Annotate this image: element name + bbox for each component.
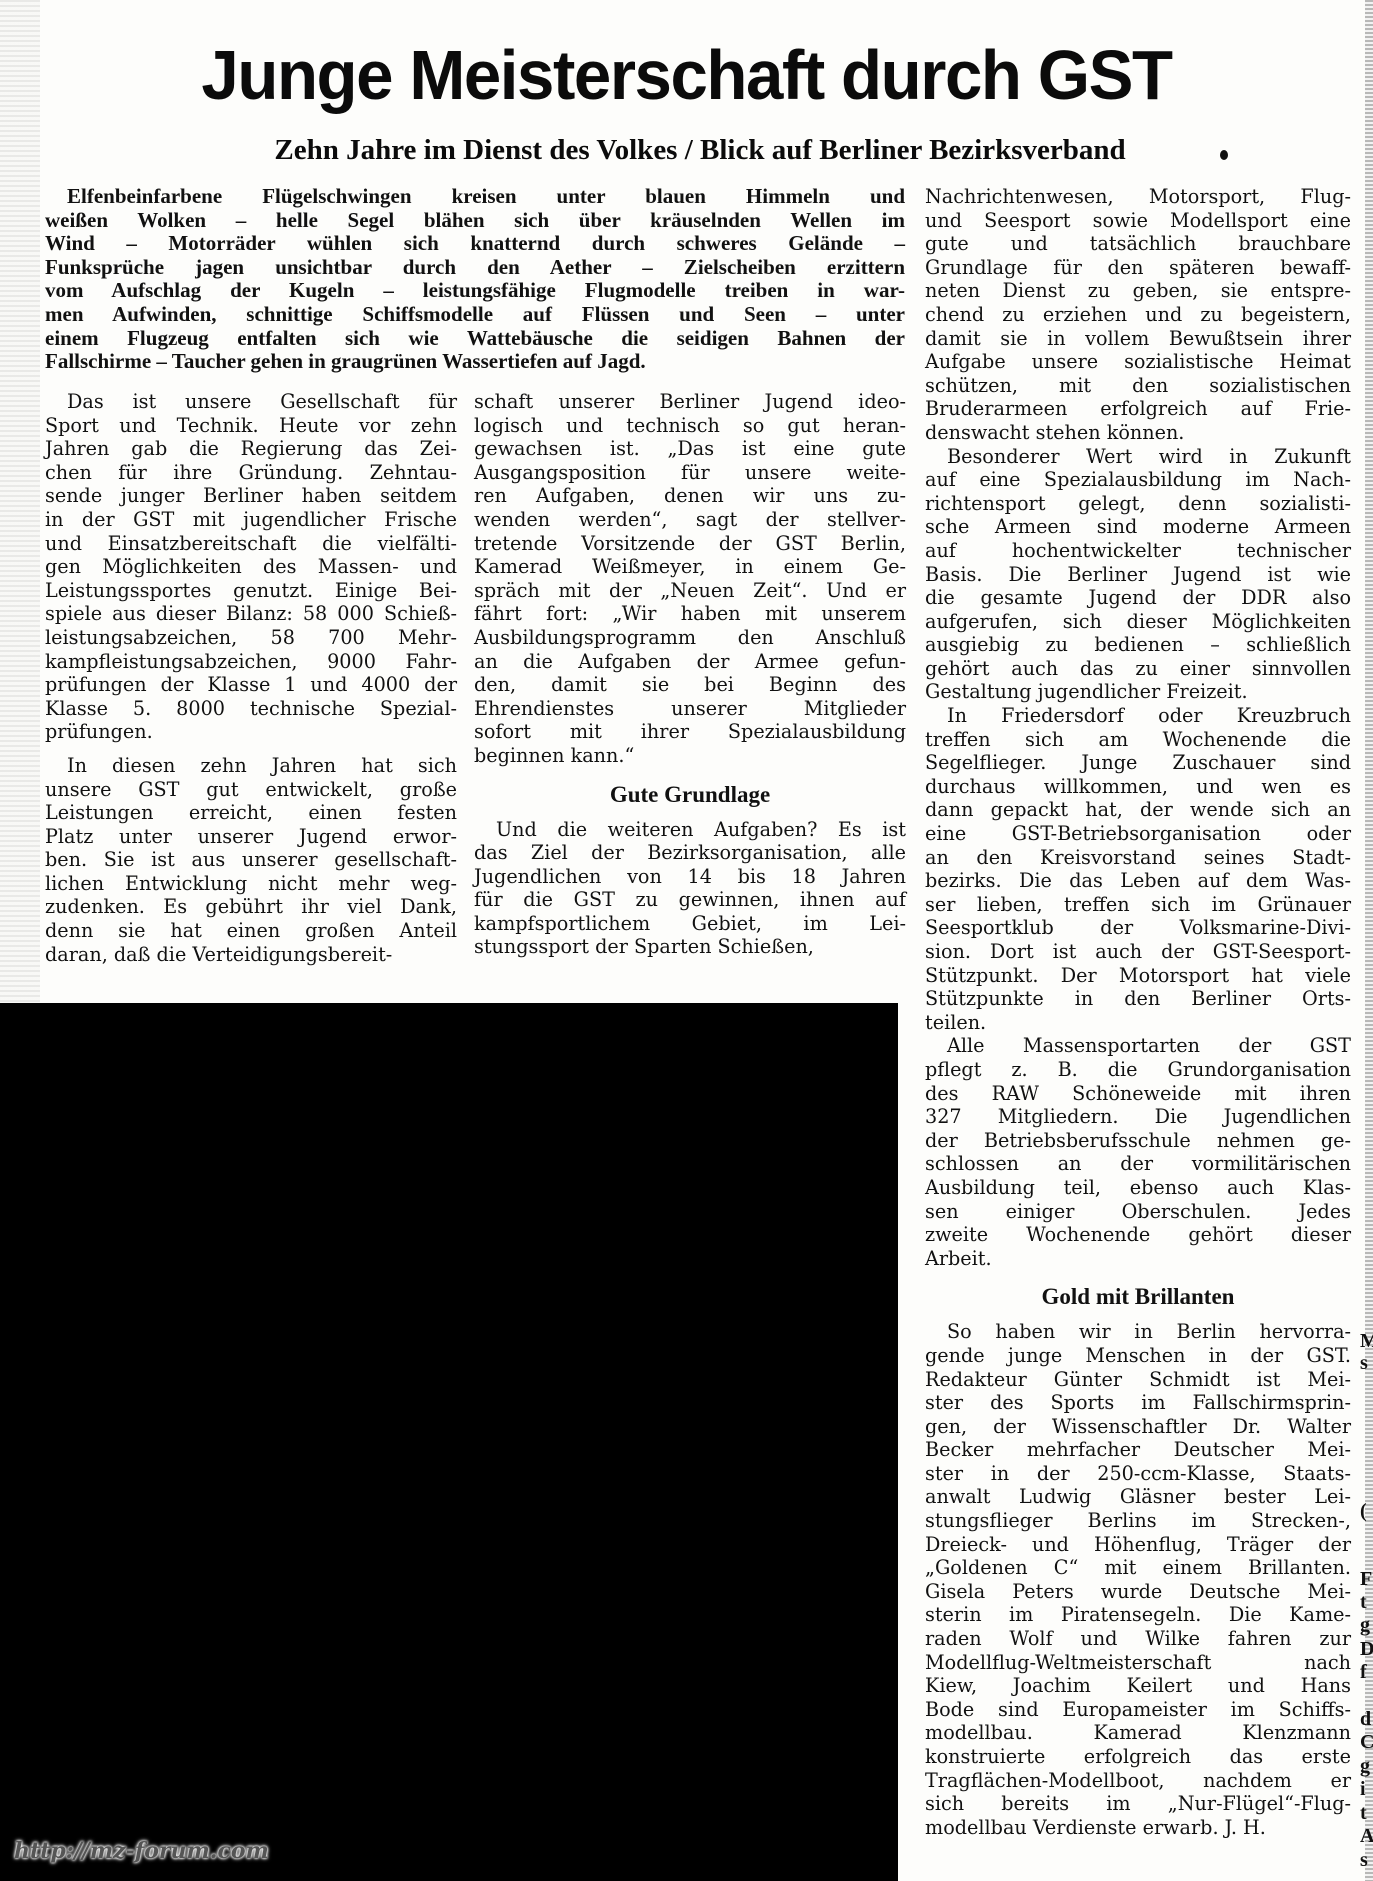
subheadline: Zehn Jahre im Dienst des Volkes / Blick …	[170, 130, 1230, 170]
text-line: chend zu erziehen und zu begeistern,	[925, 303, 1351, 327]
text-line: ser lieben, treffen sich im Grünauer	[925, 893, 1351, 917]
text-line: Elfenbeinfarbene Flügelschwingen kreisen…	[45, 185, 905, 209]
text-line: Redakteur Günter Schmidt ist Mei-	[925, 1368, 1351, 1392]
text-line: stungsflieger Berlins im Strecken-,	[925, 1509, 1351, 1533]
text-line: Leistungen erreicht, einen festen	[45, 801, 457, 825]
text-line: anwalt Ludwig Gläsner bester Lei-	[925, 1485, 1351, 1509]
text-line: prüfungen der Klasse 1 und 4000 der	[45, 673, 457, 697]
neighbor-text-fragment: F	[1360, 1568, 1372, 1591]
text-line: 327 Mitgliedern. Die Jugendlichen	[925, 1105, 1351, 1129]
text-line: Grundlage für den späteren bewaff-	[925, 256, 1351, 280]
text-line: Stützpunkt. Der Motorsport hat viele	[925, 964, 1351, 988]
text-line: spiele aus dieser Bilanz: 58 000 Schieß-	[45, 602, 457, 626]
text-line: ster in der 250-ccm-Klasse, Staats-	[925, 1462, 1351, 1486]
text-line: ben. Sie ist aus unserer gesellschaft-	[45, 848, 457, 872]
column-1: Das ist unsere Gesellschaft fürSport und…	[45, 390, 457, 966]
neighbor-text-fragment: D	[1360, 1638, 1373, 1661]
text-line: spräch mit der „Neuen Zeit“. Und er	[474, 579, 906, 603]
neighbor-text-fragment: t	[1360, 1591, 1367, 1614]
paragraph: In diesen zehn Jahren hat sichunsere GST…	[45, 754, 457, 966]
paragraph: schaft unserer Berliner Jugend ideo-logi…	[474, 390, 906, 768]
text-line: der Betriebsberufsschule nehmen ge-	[925, 1129, 1351, 1153]
text-line: Platz unter unserer Jugend erwor-	[45, 825, 457, 849]
text-line: gen Möglichkeiten des Massen- und	[45, 555, 457, 579]
headline: Junge Meisterschaft durch GST	[27, 30, 1345, 120]
text-line: lichen Entwicklung nicht mehr weg-	[45, 872, 457, 896]
text-line: Ausbildungsprogramm den Anschluß	[474, 626, 906, 650]
text-line: fährt fort: „Wir haben mit unserem	[474, 602, 906, 626]
text-line: sofort mit ihrer Spezialausbildung	[474, 720, 906, 744]
text-line: Alle Massensportarten der GST	[925, 1034, 1351, 1058]
neighbor-text-fragment: s	[1360, 1849, 1368, 1872]
text-line: modellbau Verdienste erwarb. J. H.	[925, 1816, 1351, 1840]
text-line: So haben wir in Berlin hervorra-	[925, 1320, 1351, 1344]
text-line: gute und tatsächlich brauchbare	[925, 232, 1351, 256]
text-line: sterin im Piratensegeln. Die Kame-	[925, 1603, 1351, 1627]
text-line: Dreieck- und Höhenflug, Träger der	[925, 1533, 1351, 1557]
neighbor-text-fragment: i	[1360, 1778, 1366, 1801]
text-line: richtensport gelegt, denn sozialisti-	[925, 492, 1351, 516]
text-line: „Goldenen C“ mit einem Brillanten.	[925, 1556, 1351, 1580]
text-line: sen einiger Oberschulen. Jedes	[925, 1200, 1351, 1224]
text-line: Stützpunkte in den Berliner Orts-	[925, 987, 1351, 1011]
neighbor-text-fragment: M	[1360, 1330, 1373, 1353]
text-line: Gestaltung jugendlicher Freizeit.	[925, 680, 1351, 704]
text-line: schützen, mit den sozialistischen	[925, 374, 1351, 398]
text-line: des RAW Schöneweide mit ihren	[925, 1082, 1351, 1106]
neighbor-text-fragment: A	[1360, 1825, 1373, 1848]
text-line: Ausgangsposition für unsere weite-	[474, 461, 906, 485]
column-2: schaft unserer Berliner Jugend ideo-logi…	[474, 390, 906, 959]
text-line: und Seesport sowie Modellsport eine	[925, 209, 1351, 233]
text-line: chen für ihre Gründung. Zehntau-	[45, 461, 457, 485]
text-line: sende junger Berliner haben seitdem	[45, 484, 457, 508]
text-line: Sport und Technik. Heute vor zehn	[45, 414, 457, 438]
text-line: Ehrendienstes unserer Mitglieder	[474, 697, 906, 721]
text-line: Kamerad Weißmeyer, in einem Ge-	[474, 555, 906, 579]
blacked-out-region	[0, 1003, 898, 1881]
text-line: an die Aufgaben der Armee gefun-	[474, 650, 906, 674]
paragraph: Nachrichtenwesen, Motorsport, Flug-und S…	[925, 185, 1351, 445]
text-line: gende junge Menschen in der GST.	[925, 1344, 1351, 1368]
text-line: zudenken. Es gebührt ihr viel Dank,	[45, 895, 457, 919]
text-line: Jugendlichen von 14 bis 18 Jahren	[474, 865, 906, 889]
text-line: gen, der Wissenschaftler Dr. Walter	[925, 1415, 1351, 1439]
paragraph: In Friedersdorf oder Kreuzbruchtreffen s…	[925, 704, 1351, 1034]
text-line: denswacht stehen können.	[925, 421, 1351, 445]
text-line: in der GST mit jugendlicher Frische	[45, 508, 457, 532]
text-line: ren Aufgaben, denen wir uns zu-	[474, 484, 906, 508]
text-line: Das ist unsere Gesellschaft für	[45, 390, 457, 414]
text-line: bezirks. Die das Leben auf dem Was-	[925, 869, 1351, 893]
text-line: Basis. Die Berliner Jugend ist wie	[925, 563, 1351, 587]
paragraph: Das ist unsere Gesellschaft fürSport und…	[45, 390, 457, 744]
text-line: eine GST-Betriebsorganisation oder	[925, 822, 1351, 846]
text-line: Jahren gab die Regierung das Zei-	[45, 437, 457, 461]
paragraph-gap	[45, 744, 457, 754]
paragraph: Und die weiteren Aufgaben? Es istdas Zie…	[474, 818, 906, 960]
paragraph: So haben wir in Berlin hervorra-gende ju…	[925, 1320, 1351, 1839]
text-line: unsere GST gut entwickelt, große	[45, 778, 457, 802]
neighbor-text-fragment: g	[1360, 1755, 1370, 1778]
text-line: men Aufwinden, schnittige Schiffsmodelle…	[45, 303, 905, 327]
paragraph: Alle Massensportarten der GSTpflegt z. B…	[925, 1034, 1351, 1270]
text-line: auf hochentwickelter technischer	[925, 539, 1351, 563]
text-line: gehört auch das zu einer sinnvollen	[925, 657, 1351, 681]
text-line: Tragflächen-Modellboot, nachdem er	[925, 1769, 1351, 1793]
text-line: gewachsen ist. „Das ist eine gute	[474, 437, 906, 461]
text-line: pflegt z. B. die Grundorganisation	[925, 1058, 1351, 1082]
text-line: modellbau. Kamerad Klenzmann	[925, 1721, 1351, 1745]
text-line: das Ziel der Bezirksorganisation, alle	[474, 841, 906, 865]
neighbor-text-fragment: f	[1360, 1661, 1367, 1684]
text-line: ausgiebig zu bedienen – schließlich	[925, 633, 1351, 657]
text-line: Seesportklub der Volksmarine-Divi-	[925, 916, 1351, 940]
column-3: Nachrichtenwesen, Motorsport, Flug-und S…	[925, 185, 1351, 1839]
text-line: kampfleistungsabzeichen, 9000 Fahr-	[45, 650, 457, 674]
text-line: Kiew, Joachim Keilert und Hans	[925, 1674, 1351, 1698]
section-subheading: Gold mit Brillanten	[925, 1282, 1351, 1312]
text-line: einem Flugzeug entfalten sich wie Watteb…	[45, 327, 905, 351]
text-line: Gisela Peters wurde Deutsche Mei-	[925, 1580, 1351, 1604]
text-line: und Einsatzbereitschaft die vielfälti-	[45, 532, 457, 556]
text-line: die gesamte Jugend der DDR also	[925, 586, 1351, 610]
text-line: Bode sind Europameister im Schiffs-	[925, 1698, 1351, 1722]
text-line: Und die weiteren Aufgaben? Es ist	[474, 818, 906, 842]
text-line: Fallschirme – Taucher gehen in graugrüne…	[45, 350, 905, 374]
paragraph: Elfenbeinfarbene Flügelschwingen kreisen…	[45, 185, 905, 374]
neighbor-text-fragment: d	[1360, 1708, 1371, 1731]
text-line: denn sie hat einen großen Anteil	[45, 919, 457, 943]
text-line: schlossen an der vormilitärischen	[925, 1152, 1351, 1176]
neighbor-text-fragment: C	[1360, 1731, 1373, 1754]
text-line: Arbeit.	[925, 1247, 1351, 1271]
text-line: Aufgabe unsere sozialistische Heimat	[925, 350, 1351, 374]
ink-dot	[1220, 150, 1228, 160]
text-line: neten Dienst zu geben, sie entspre-	[925, 279, 1351, 303]
text-line: aufgerufen, sich dieser Möglichkeiten	[925, 610, 1351, 634]
neighbor-text-fragment: s	[1360, 1352, 1368, 1375]
text-line: In diesen zehn Jahren hat sich	[45, 754, 457, 778]
text-line: leistungsabzeichen, 58 700 Mehr-	[45, 626, 457, 650]
paragraph: Besonderer Wert wird in Zukunftauf eine …	[925, 445, 1351, 705]
text-line: daran, daß die Verteidigungsbereit-	[45, 943, 457, 967]
text-line: Wind – Motorräder wühlen sich knatternd …	[45, 232, 905, 256]
section-subheading: Gute Grundlage	[474, 780, 906, 810]
text-line: Besonderer Wert wird in Zukunft	[925, 445, 1351, 469]
watermark-url: http://mz-forum.com	[14, 1838, 269, 1864]
neighbor-text-fragment: g	[1360, 1614, 1370, 1637]
text-line: weißen Wolken – helle Segel blähen sich …	[45, 209, 905, 233]
text-line: treffen sich am Wochenende die	[925, 728, 1351, 752]
neighbor-text-fragment: t	[1360, 1802, 1367, 1825]
text-line: tretende Vorsitzende der GST Berlin,	[474, 532, 906, 556]
text-line: teilen.	[925, 1011, 1351, 1035]
text-line: ster des Sports im Fallschirmsprin-	[925, 1391, 1351, 1415]
text-line: raden Wolf und Wilke fahren zur	[925, 1627, 1351, 1651]
text-line: Nachrichtenwesen, Motorsport, Flug-	[925, 185, 1351, 209]
text-line: damit sie in vollem Bewußtsein ihrer	[925, 327, 1351, 351]
text-line: zweite Wochenende gehört dieser	[925, 1223, 1351, 1247]
text-line: beginnen kann.“	[474, 744, 906, 768]
text-line: sion. Dort ist auch der GST-Seesport-	[925, 940, 1351, 964]
text-line: wenden werden“, sagt der stellver-	[474, 508, 906, 532]
text-line: kampfsportlichem Gebiet, im Lei-	[474, 912, 906, 936]
text-line: vom Aufschlag der Kugeln – leistungsfähi…	[45, 279, 905, 303]
text-line: sche Armeen sind moderne Armeen	[925, 515, 1351, 539]
text-line: an den Kreisvorstand seines Stadt-	[925, 846, 1351, 870]
text-line: Funksprüche jagen unsichtbar durch den A…	[45, 256, 905, 280]
text-line: Leistungssportes genutzt. Einige Bei-	[45, 579, 457, 603]
text-line: konstruierte erfolgreich das erste	[925, 1745, 1351, 1769]
text-line: schaft unserer Berliner Jugend ideo-	[474, 390, 906, 414]
lead-paragraph: Elfenbeinfarbene Flügelschwingen kreisen…	[45, 185, 905, 374]
text-line: Modellflug-Weltmeisterschaft nach	[925, 1651, 1351, 1675]
text-line: prüfungen.	[45, 720, 457, 744]
text-line: durchaus willkommen, und wen es	[925, 775, 1351, 799]
text-line: Klasse 5. 8000 technische Spezial-	[45, 697, 457, 721]
text-line: dann gepackt hat, der wende sich an	[925, 798, 1351, 822]
text-line: Segelflieger. Junge Zuschauer sind	[925, 751, 1351, 775]
text-line: In Friedersdorf oder Kreuzbruch	[925, 704, 1351, 728]
text-line: auf eine Spezialausbildung im Nach-	[925, 468, 1351, 492]
paper-edge-texture	[0, 0, 40, 1003]
text-line: Bruderarmeen erfolgreich auf Frie-	[925, 397, 1351, 421]
text-line: stungssport der Sparten Schießen,	[474, 935, 906, 959]
text-line: logisch und technisch so gut heran-	[474, 414, 906, 438]
text-line: für die GST zu gewinnen, ihnen auf	[474, 888, 906, 912]
text-line: Ausbildung teil, ebenso auch Klas-	[925, 1176, 1351, 1200]
neighbor-text-fragment: (	[1360, 1500, 1367, 1523]
text-line: den, damit sie bei Beginn des	[474, 673, 906, 697]
text-line: Becker mehrfacher Deutscher Mei-	[925, 1438, 1351, 1462]
text-line: sich bereits im „Nur-Flügel“-Flug-	[925, 1792, 1351, 1816]
